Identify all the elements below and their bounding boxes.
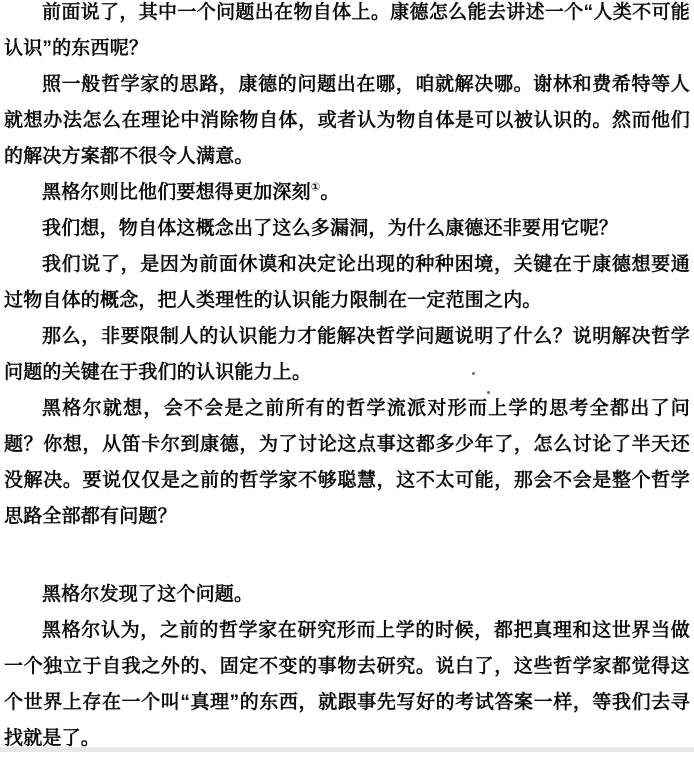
paragraph-with-footnote: 黑格尔则比他们要想得更加深刻①。	[4, 175, 690, 211]
paragraph: 黑格尔认为，之前的哲学家在研究形而上学的时候，都把真理和这世界当做一个独立于自我…	[4, 613, 690, 757]
document-page: 前面说了，其中一个问题出在物自体上。康德怎么能去讲述一个“人类不可能认识”的东西…	[0, 0, 694, 752]
paragraph-text: 黑格尔则比他们要想得更加深刻	[42, 182, 311, 203]
paragraph: 照一般哲学家的思路，康德的问题出在哪，咱就解决哪。谢林和费希特等人就想办法怎么在…	[4, 67, 690, 175]
paragraph: 我们想，物自体这概念出了这么多漏洞，为什么康德还非要用它呢？	[4, 211, 690, 247]
scan-speck	[472, 372, 475, 375]
text-block: 前面说了，其中一个问题出在物自体上。康德怎么能去讲述一个“人类不可能认识”的东西…	[4, 0, 690, 757]
paragraph: 黑格尔发现了这个问题。	[4, 577, 690, 613]
paragraph: 黑格尔就想，会不会是之前所有的哲学流派对形而上学的思考全都出了问题？你想，从笛卡…	[4, 391, 690, 535]
paragraph-text: 。	[320, 182, 339, 203]
paragraph: 那么，非要限制人的认识能力才能解决哲学问题说明了什么？说明解决哲学问题的关键在于…	[4, 319, 690, 391]
paragraph: 我们说了，是因为前面休谟和决定论出现的种种困境，关键在于康德想要通过物自体的概念…	[4, 247, 690, 319]
paragraph: 前面说了，其中一个问题出在物自体上。康德怎么能去讲述一个“人类不可能认识”的东西…	[4, 0, 690, 67]
footnote-marker: ①	[311, 182, 321, 194]
page-bottom-scan-edge	[0, 747, 694, 752]
scan-speck	[487, 391, 490, 394]
